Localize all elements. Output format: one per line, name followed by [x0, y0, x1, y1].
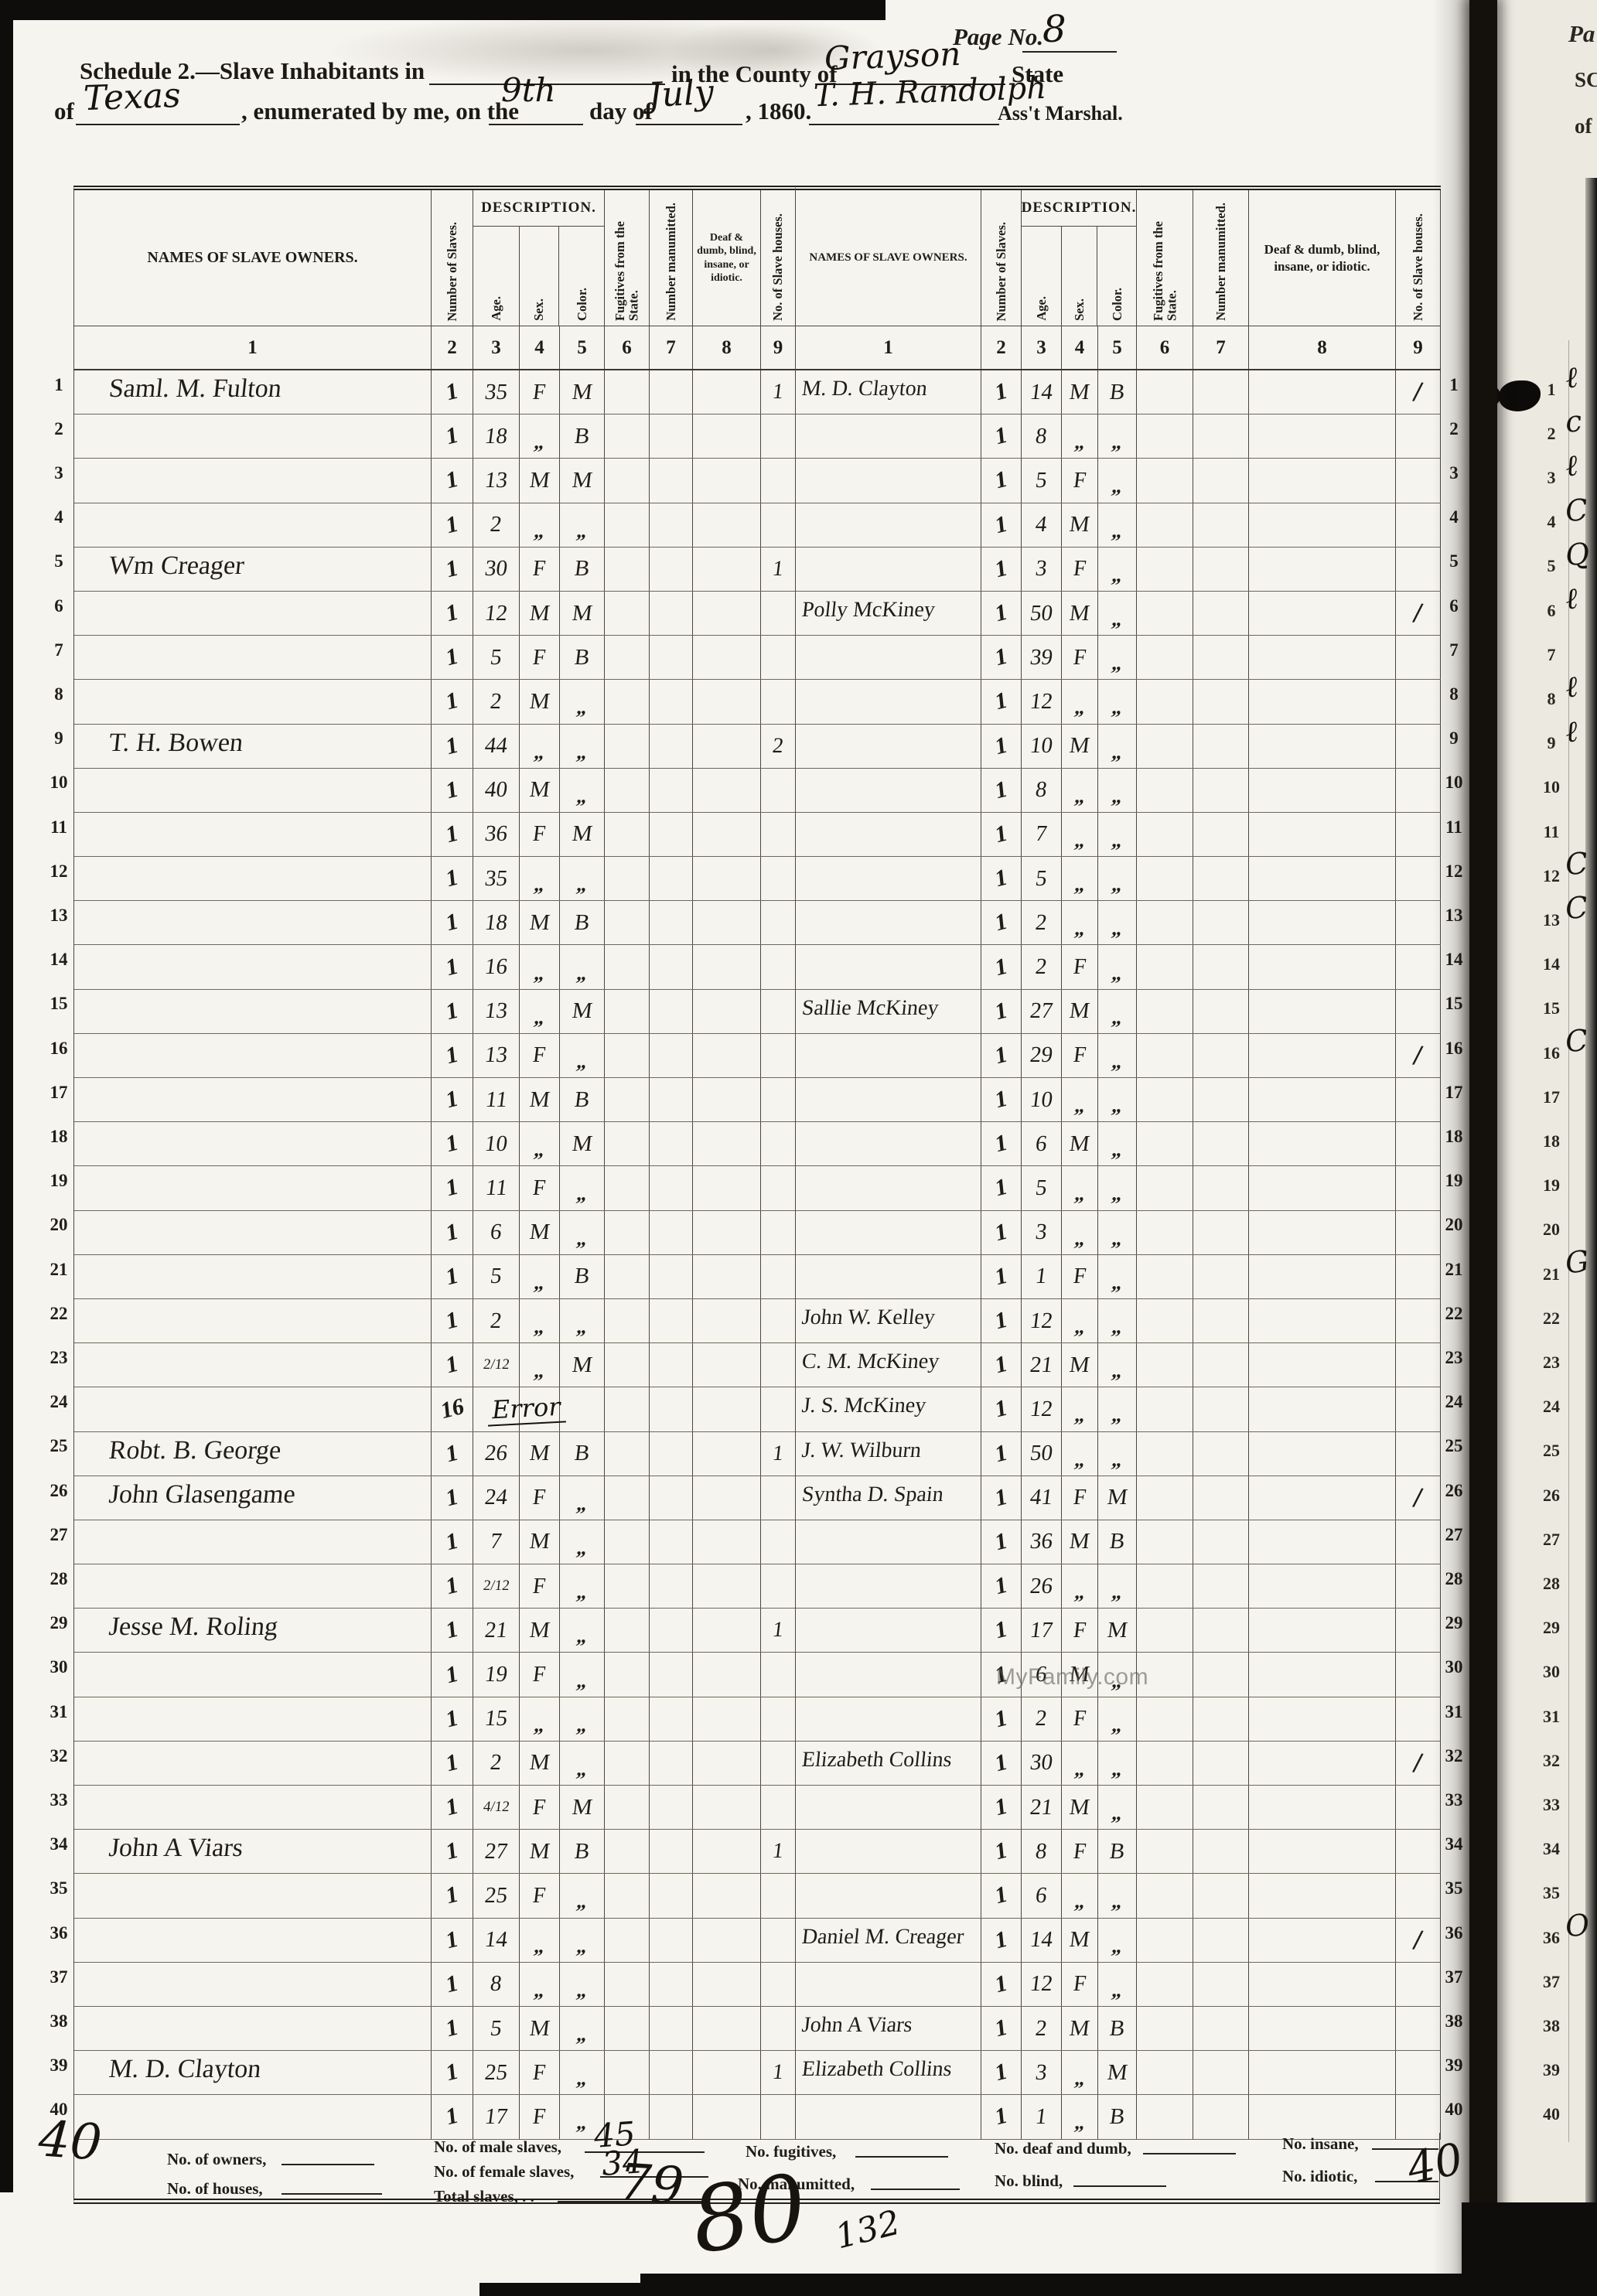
row-number: 31 — [45, 1702, 73, 1722]
next-page-page-fragment: Pa — [1568, 20, 1595, 48]
deaf-dumb-cell — [1249, 1963, 1396, 2006]
age-cell: 36 — [1022, 1520, 1062, 1564]
owner-name-value: John A Viars — [800, 2013, 913, 2038]
next-page-row-number: 4 — [1539, 512, 1564, 532]
sex-value: M — [528, 1750, 551, 1776]
age-cell: 2 — [473, 1742, 520, 1785]
fugitives-cell — [1137, 813, 1193, 856]
deaf-dumb-cell — [1249, 370, 1396, 414]
sex-cell: F — [520, 636, 560, 679]
owner-name-cell — [74, 1122, 432, 1165]
sex-value: M — [528, 777, 551, 803]
slave-houses-cell — [761, 680, 796, 723]
sex-cell: F — [1062, 459, 1098, 502]
manumitted-label: Number manumitted. — [664, 198, 677, 326]
manumitted-cell — [1193, 857, 1249, 900]
sex-value: „ — [1073, 785, 1087, 808]
sex-cell: F — [1062, 1830, 1098, 1873]
deaf-dumb-cell — [693, 1034, 761, 1077]
number-of-slaves-cell: 1 — [432, 1742, 473, 1785]
table-row: 12M„ — [74, 1742, 796, 1786]
color-cell: „ — [1098, 769, 1137, 812]
sex-cell: F — [520, 1034, 560, 1077]
fugitives-cell — [1137, 1255, 1193, 1298]
owner-name-cell — [796, 1874, 981, 1917]
color-value: „ — [1110, 1006, 1124, 1029]
deaf-dumb-cell — [693, 1830, 761, 1873]
manumitted-cell — [650, 1255, 693, 1298]
color-cell: „ — [560, 503, 605, 547]
age-value: 2 — [1034, 910, 1049, 936]
age-value: 24 — [483, 1485, 509, 1510]
fugitives-cell — [605, 1786, 650, 1829]
manumitted-cell — [650, 459, 693, 502]
fugitives-cell — [1137, 945, 1193, 988]
column-digit: 3 — [473, 326, 520, 369]
deaf-dumb-cell — [1249, 459, 1396, 502]
number-of-slaves-cell: 1 — [432, 1697, 473, 1741]
color-value: „ — [1110, 962, 1124, 985]
owner-name-cell — [74, 813, 432, 856]
number-of-slaves-value: 1 — [994, 1262, 1008, 1291]
deaf-dumb-cell — [693, 1476, 761, 1520]
color-value: B — [1108, 1529, 1126, 1554]
next-page-row-number: 2 — [1539, 424, 1564, 444]
description-label: DESCRIPTION. — [1022, 190, 1136, 227]
sex-cell: „ — [520, 1343, 560, 1387]
deaf-dumb-cell — [693, 945, 761, 988]
color-value: „ — [575, 1581, 589, 1604]
number-of-slaves-cell: 1 — [981, 1564, 1022, 1608]
manumitted-cell — [650, 548, 693, 591]
color-cell: „ — [1098, 1919, 1137, 1962]
fugitives-cell — [1137, 1786, 1193, 1829]
age-cell: 4/12 — [473, 1786, 520, 1829]
deaf-dumb-cell — [693, 592, 761, 635]
color-value: „ — [575, 1050, 589, 1073]
age-cell: 5 — [1022, 1166, 1062, 1209]
sex-value: M — [528, 1087, 551, 1113]
column-digit: 5 — [1098, 326, 1137, 369]
fugitives-cell — [1137, 1476, 1193, 1520]
table-row: Syntha D. Spain141FM/ — [796, 1476, 1441, 1520]
manumitted-cell — [1193, 2007, 1249, 2050]
color-value: „ — [1110, 1315, 1124, 1339]
age-cell: 16 — [473, 945, 520, 988]
manumitted-cell — [1193, 459, 1249, 502]
fugitives-cell — [1137, 1742, 1193, 1785]
table-row: 114„„ — [74, 1919, 796, 1963]
next-page-row-number: 27 — [1539, 1530, 1564, 1550]
sex-value: „ — [1073, 829, 1087, 852]
sex-value: „ — [1073, 1581, 1087, 1604]
owner-name-value: C. M. McKiney — [800, 1349, 940, 1374]
manumitted-cell — [1193, 769, 1249, 812]
sex-cell: „ — [1062, 857, 1098, 900]
sex-cell: „ — [1062, 1742, 1098, 1785]
number-of-slaves-value: 1 — [994, 599, 1008, 628]
owner-name-cell — [796, 945, 981, 988]
color-value: „ — [1110, 696, 1124, 719]
row-number: 15 — [45, 994, 73, 1014]
table-row: 14/12FM — [74, 1786, 796, 1830]
sex-value: „ — [1073, 1315, 1087, 1339]
deaf-dumb-cell — [1249, 1432, 1396, 1476]
column-digit: 8 — [1249, 326, 1396, 369]
age-cell: 25 — [473, 2051, 520, 2094]
row-number: 36 — [45, 1923, 73, 1943]
deaf-dumb-cell — [693, 857, 761, 900]
number-of-slaves-value: 1 — [994, 2058, 1008, 2087]
number-of-slaves-cell: 1 — [981, 503, 1022, 547]
number-of-slaves-value: 1 — [994, 1970, 1008, 1999]
number-of-slaves-cell: 1 — [432, 1211, 473, 1254]
sex-value: „ — [1073, 917, 1087, 940]
owner-name-cell — [796, 1697, 981, 1741]
slave-houses-cell: 1 — [761, 1830, 796, 1873]
table-row: 15F„ — [796, 459, 1441, 503]
next-page-row-number: 34 — [1539, 1839, 1564, 1859]
slave-houses-cell — [761, 857, 796, 900]
color-value: B — [573, 556, 591, 582]
deaf-dumb-cell — [1249, 1299, 1396, 1342]
row-number: 11 — [45, 817, 73, 838]
number-of-slaves-cell: 1 — [981, 680, 1022, 723]
sex-cell: M — [520, 2007, 560, 2050]
owner-name-cell — [74, 1211, 432, 1254]
sex-cell: M — [1062, 1520, 1098, 1564]
table-row: 17„„ — [796, 813, 1441, 857]
number-of-slaves-value: 1 — [994, 776, 1008, 805]
slave-houses-cell: 1 — [761, 1609, 796, 1652]
color-value: B — [573, 1441, 591, 1466]
owner-name-cell — [74, 1919, 432, 1962]
age-cell: 2/12 — [473, 1564, 520, 1608]
slave-houses-cell: 2 — [761, 725, 796, 768]
slave-houses-cell — [761, 1299, 796, 1342]
number-of-slaves-cell: 1 — [432, 1343, 473, 1387]
sex-value: M — [528, 910, 551, 936]
age-header-label: Age. — [1035, 292, 1048, 326]
owner-name-cell — [796, 1211, 981, 1254]
column-digit: 4 — [520, 326, 560, 369]
age-value: 17 — [1029, 1618, 1054, 1643]
number-of-slaves-cell: 1 — [432, 1034, 473, 1077]
sex-cell: M — [520, 459, 560, 502]
owner-name-cell — [796, 415, 981, 458]
owner-name-cell — [74, 415, 432, 458]
owner-name-cell — [796, 1963, 981, 2006]
fugitives-cell — [1137, 1211, 1193, 1254]
age-value: 2 — [489, 512, 503, 537]
edge-top-bar — [0, 0, 886, 20]
age-value: 2 — [489, 689, 503, 715]
sex-cell: „ — [520, 503, 560, 547]
number-of-slaves-cell: 1 — [432, 901, 473, 944]
fugitives-cell — [605, 1520, 650, 1564]
table-row: 115„„ — [74, 1697, 796, 1742]
sex-value: M — [1068, 1529, 1091, 1554]
error-note: Error — [486, 1392, 565, 1427]
next-page-row-number: 38 — [1539, 2016, 1564, 2036]
manumitted-cell — [650, 1476, 693, 1520]
number-of-slaves-value: 1 — [994, 1483, 1008, 1513]
owner-name-value: Wm Creager — [107, 551, 246, 581]
sex-cell: „ — [1062, 1874, 1098, 1917]
fugitives-cell — [1137, 1520, 1193, 1564]
sex-cell: „ — [1062, 1564, 1098, 1608]
fugitives-cell — [605, 1299, 650, 1342]
fugitives-label: Fugitives from the State. — [613, 190, 640, 326]
sex-cell: „ — [520, 1697, 560, 1741]
slave-houses-cell — [761, 1122, 796, 1165]
slave-houses-cell — [761, 1476, 796, 1520]
age-cell: 8 — [1022, 769, 1062, 812]
age-cell: 26 — [473, 1432, 520, 1476]
fugitives-cell — [605, 1742, 650, 1785]
next-page-row-number: 21 — [1539, 1264, 1564, 1284]
color-cell: B — [560, 901, 605, 944]
deaf-dumb-cell — [1249, 1255, 1396, 1298]
fugitives-cell — [1137, 2051, 1193, 2094]
column-header-band: NAMES OF SLAVE OWNERS.Number of Slaves.D… — [796, 190, 1441, 326]
sex-value: „ — [1073, 1758, 1087, 1781]
color-cell: „ — [1098, 1874, 1137, 1917]
owner-name-cell — [796, 459, 981, 502]
sex-value: „ — [532, 1006, 546, 1029]
manumitted-cell — [1193, 1432, 1249, 1476]
color-cell: „ — [1098, 945, 1137, 988]
manumitted-cell — [1193, 1476, 1249, 1520]
number-of-slaves-label: Number of Slaves. — [445, 217, 459, 326]
fugitives-cell — [605, 1432, 650, 1476]
next-page-row-number: 32 — [1539, 1751, 1564, 1771]
slave-houses-cell — [761, 1742, 796, 1785]
age-cell: 5 — [1022, 857, 1062, 900]
watermark: MyFamily.com — [996, 1664, 1148, 1690]
color-value: „ — [575, 2111, 589, 2134]
owner-name-cell — [796, 1034, 981, 1077]
slave-houses-value: 1 — [771, 380, 785, 404]
slave-houses-value: 1 — [771, 1618, 785, 1643]
color-value: „ — [1110, 520, 1124, 543]
number-of-slaves-cell: 1 — [981, 2007, 1022, 2050]
slave-houses-value: / — [1411, 1038, 1425, 1073]
age-cell: 2/12 — [473, 1343, 520, 1387]
slave-houses-value: / — [1411, 1922, 1425, 1957]
manumitted-header: Number manumitted. — [1193, 190, 1249, 326]
sex-value: „ — [532, 431, 546, 454]
number-of-slaves-cell: 1 — [432, 1874, 473, 1917]
color-cell: „ — [560, 2007, 605, 2050]
age-cell: 19 — [473, 1653, 520, 1696]
age-cell: 30 — [473, 548, 520, 591]
number-of-slaves-value: 1 — [445, 1660, 459, 1690]
table-row: 110„„ — [796, 1078, 1441, 1122]
color-value: B — [573, 1839, 591, 1864]
age-value: 3 — [1034, 556, 1049, 582]
slave-houses-cell — [761, 1343, 796, 1387]
color-value: „ — [1110, 1979, 1124, 2002]
color-cell: „ — [1098, 725, 1137, 768]
fugitives-cell — [1137, 592, 1193, 635]
number-of-slaves-value: 1 — [994, 421, 1008, 451]
owner-name-cell — [74, 459, 432, 502]
age-cell: 8 — [1022, 415, 1062, 458]
number-of-slaves-cell: 1 — [981, 1697, 1022, 1741]
number-of-slaves-cell: 1 — [432, 459, 473, 502]
sex-value: F — [1072, 1264, 1087, 1289]
manumitted-cell — [1193, 990, 1249, 1033]
row-number: 12 — [45, 861, 73, 882]
manumitted-cell — [650, 813, 693, 856]
number-of-slaves-cell: 1 — [981, 370, 1022, 414]
manumitted-cell — [650, 1034, 693, 1077]
manumitted-label: Number manumitted. — [1214, 198, 1227, 326]
fugitives-cell — [1137, 1122, 1193, 1165]
table-row: Sallie McKiney127M„ — [796, 990, 1441, 1034]
manumitted-cell — [650, 680, 693, 723]
color-value: „ — [1110, 1890, 1124, 1913]
table-row: 15FB — [74, 636, 796, 680]
owner-name-cell: Syntha D. Spain — [796, 1476, 981, 1520]
deaf-dumb-cell — [693, 370, 761, 414]
owner-name-cell: Polly McKiney — [796, 592, 981, 635]
fugitives-cell — [1137, 1299, 1193, 1342]
table-row: 111F„ — [74, 1166, 796, 1210]
next-page-row-number: 8 — [1539, 689, 1564, 709]
fugitives-cell — [605, 1476, 650, 1520]
manumitted-cell — [650, 1122, 693, 1165]
fugitives-cell — [605, 1166, 650, 1209]
color-value: „ — [1110, 652, 1124, 675]
number-of-slaves-value: 1 — [994, 1350, 1008, 1380]
age-cell: 2 — [473, 680, 520, 723]
column-digit: 1 — [796, 326, 981, 369]
color-value: „ — [1110, 1138, 1124, 1162]
sex-cell: F — [520, 1564, 560, 1608]
fugitives-cell — [605, 1653, 650, 1696]
color-cell: M — [560, 592, 605, 635]
owner-name-value: Polly McKiney — [800, 598, 936, 623]
sex-value: M — [528, 1220, 551, 1245]
next-page-row-number: 29 — [1539, 1618, 1564, 1638]
color-cell: „ — [1098, 592, 1137, 635]
deaf-dumb-cell — [693, 990, 761, 1033]
fugitives-cell — [1137, 2007, 1193, 2050]
color-cell: „ — [1098, 1343, 1137, 1387]
sex-cell: M — [1062, 592, 1098, 635]
number-of-slaves-cell: 1 — [981, 1919, 1022, 1962]
sex-header-label: Sex. — [1073, 294, 1086, 326]
sex-value: „ — [1073, 1404, 1087, 1427]
age-cell: 5 — [473, 1255, 520, 1298]
age-cell: 44 — [473, 725, 520, 768]
number-of-slaves-value: 1 — [994, 1793, 1008, 1822]
sex-value: M — [1068, 1795, 1091, 1820]
number-of-slaves-cell: 1 — [981, 1387, 1022, 1431]
table-row: Jesse M. Roling121M„1 — [74, 1609, 796, 1653]
owner-name-value: J. W. Wilburn — [800, 1438, 922, 1463]
column-digit-band: 123456789 — [796, 326, 1441, 370]
color-value: „ — [1110, 1094, 1124, 1117]
row-number: 17 — [45, 1083, 73, 1103]
age-value: 29 — [1029, 1042, 1054, 1068]
age-value: 35 — [483, 866, 509, 892]
sex-value: „ — [1073, 696, 1087, 719]
number-of-slaves-value: 1 — [994, 1041, 1008, 1070]
number-of-slaves-cell: 1 — [981, 2051, 1022, 2094]
number-of-slaves-cell: 1 — [432, 2007, 473, 2050]
number-of-slaves-cell: 1 — [981, 1078, 1022, 1121]
row-number: 30 — [45, 1657, 73, 1677]
manumitted-cell — [1193, 680, 1249, 723]
sex-cell: „ — [1062, 1078, 1098, 1121]
manumitted-cell — [1193, 548, 1249, 591]
next-page-schedule-fragment: SCH — [1575, 68, 1597, 92]
age-value: 11 — [484, 1175, 509, 1201]
manumitted-cell — [1193, 636, 1249, 679]
age-value: 14 — [1029, 380, 1054, 405]
slave-houses-cell — [761, 415, 796, 458]
deaf-dumb-cell — [1249, 813, 1396, 856]
color-header-label: Color. — [1111, 283, 1124, 326]
age-cell: 12 — [473, 592, 520, 635]
table-row: M. D. Clayton125F„1 — [74, 2051, 796, 2095]
next-page-row-number: 6 — [1539, 601, 1564, 621]
fugitives-header: Fugitives from the State. — [1137, 190, 1193, 326]
number-of-slaves-value: 1 — [445, 2058, 459, 2087]
sex-cell: F — [520, 1874, 560, 1917]
number-of-slaves-cell: 1 — [981, 1786, 1022, 1829]
description-header-group: DESCRIPTION.Age.Sex.Color. — [1022, 190, 1137, 326]
number-of-slaves-value: 1 — [445, 1704, 459, 1734]
next-page-row-number: 25 — [1539, 1441, 1564, 1461]
color-cell: „ — [1098, 680, 1137, 723]
blind-label: No. blind, — [995, 2171, 1063, 2191]
edge-bottom-taper — [479, 2283, 642, 2296]
day-of-label: day of — [589, 97, 653, 125]
number-of-slaves-value: 1 — [445, 1174, 459, 1203]
number-of-slaves-value: 1 — [994, 997, 1008, 1026]
sex-value: M — [528, 1529, 551, 1554]
color-cell: B — [1098, 1830, 1137, 1873]
age-value: 40 — [483, 777, 509, 803]
age-cell: 10 — [1022, 1078, 1062, 1121]
color-header: Color. — [1097, 227, 1136, 326]
color-cell: „ — [1098, 1742, 1137, 1785]
deaf-dumb-label: No. deaf and dumb, — [995, 2139, 1131, 2158]
names-header: NAMES OF SLAVE OWNERS. — [796, 190, 981, 326]
sex-value: F — [531, 645, 547, 670]
owner-name-cell — [796, 813, 981, 856]
owners-label: No. of owners, — [167, 2150, 266, 2169]
deaf-dumb-cell — [1249, 1830, 1396, 1873]
number-of-slaves-value: 1 — [994, 1704, 1008, 1734]
table-row: J. S. McKiney112„„ — [796, 1387, 1441, 1431]
sex-value: M — [528, 1839, 551, 1864]
age-value: 27 — [1029, 998, 1054, 1024]
manumitted-cell — [1193, 1653, 1249, 1696]
table-row: Saml. M. Fulton135FM1 — [74, 370, 796, 415]
deaf-dumb-cell — [1249, 1034, 1396, 1077]
sex-cell: „ — [520, 1122, 560, 1165]
sex-cell: F — [1062, 636, 1098, 679]
color-cell: „ — [1098, 1963, 1137, 2006]
manumitted-cell — [1193, 2051, 1249, 2094]
number-of-slaves-cell: 1 — [432, 1122, 473, 1165]
table-row: 110„M — [74, 1122, 796, 1166]
